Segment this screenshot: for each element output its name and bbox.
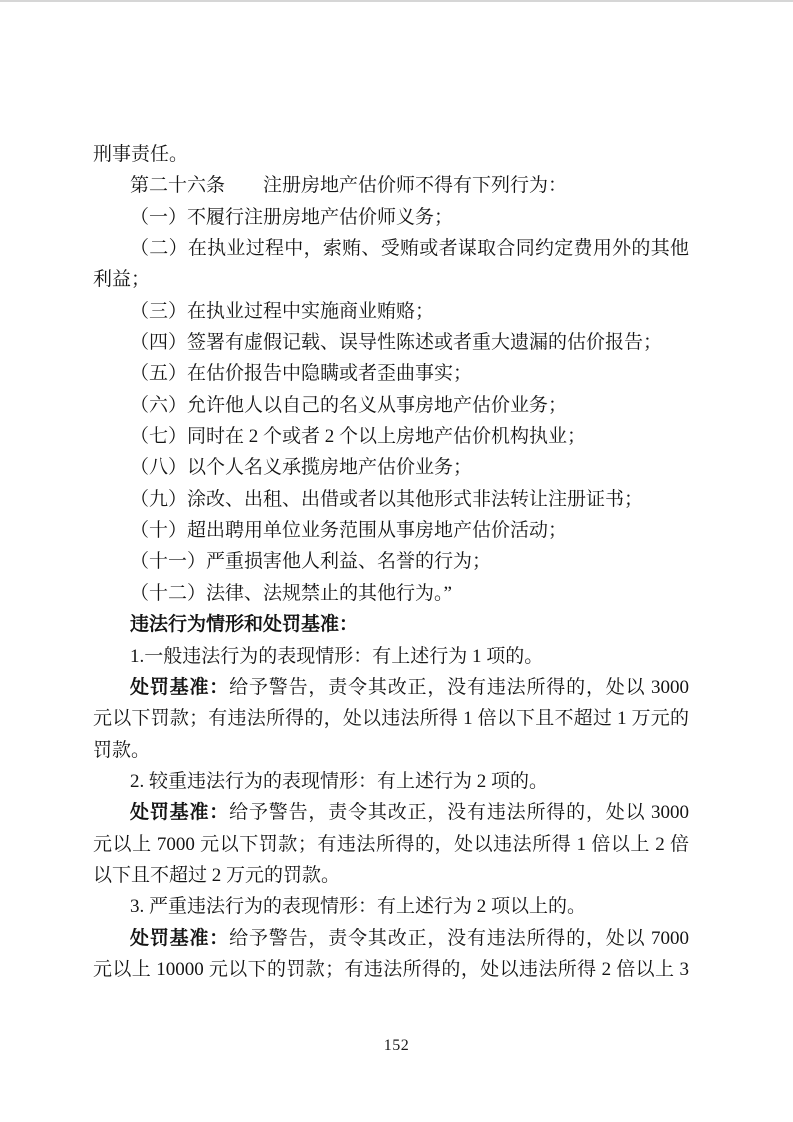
text-line: 元以下罚款；有违法所得的，处以违法所得 1 倍以下且不超过 1 万元的	[93, 703, 689, 734]
bold-text-run: 处罚基准：	[130, 677, 229, 698]
page-top-edge	[0, 0, 793, 2]
text-run: 3. 严重违法行为的表现情形：有上述行为 2 项以上的。	[130, 896, 586, 917]
document-page: { "page": { "background": "#ffffff", "te…	[0, 0, 793, 1122]
text-run: （一）不履行注册房地产估价师义务；	[130, 207, 453, 228]
text-run: （七）同时在 2 个或者 2 个以上房地产估价机构执业；	[130, 426, 586, 447]
text-run: （八）以个人名义承揽房地产估价业务；	[130, 457, 472, 478]
bold-text-run: 处罚基准：	[130, 928, 229, 949]
text-run: 给予警告，责令其改正，没有违法所得的，处以 7000	[229, 928, 689, 949]
text-line: （三）在执业过程中实施商业贿赂；	[93, 296, 689, 327]
text-run: （四）签署有虚假记载、误导性陈述或者重大遗漏的估价报告；	[130, 332, 662, 353]
text-line: （四）签署有虚假记载、误导性陈述或者重大遗漏的估价报告；	[93, 327, 689, 358]
text-run: （十）超出聘用单位业务范围从事房地产估价活动；	[130, 520, 567, 541]
page-number: 152	[0, 1036, 793, 1056]
text-line: （二）在执业过程中，索贿、受贿或者谋取合同约定费用外的其他	[93, 233, 689, 264]
text-run: （六）允许他人以自己的名义从事房地产估价业务；	[130, 395, 567, 416]
text-run: （三）在执业过程中实施商业贿赂；	[130, 301, 434, 322]
text-line: （一）不履行注册房地产估价师义务；	[93, 202, 689, 233]
text-run: 第二十六条 注册房地产估价师不得有下列行为：	[130, 175, 567, 196]
text-run: 元以下罚款；有违法所得的，处以违法所得 1 倍以下且不超过 1 万元的	[93, 708, 689, 729]
text-run: 给予警告，责令其改正，没有违法所得的，处以 3000	[229, 802, 689, 823]
text-line: 处罚基准：给予警告，责令其改正，没有违法所得的，处以 3000	[93, 672, 689, 703]
text-run: 刑事责任。	[93, 144, 188, 165]
text-line: 罚款。	[93, 735, 689, 766]
document-body: 刑事责任。第二十六条 注册房地产估价师不得有下列行为：（一）不履行注册房地产估价…	[93, 139, 689, 985]
text-line: 以下且不超过 2 万元的罚款。	[93, 860, 689, 891]
text-line: 3. 严重违法行为的表现情形：有上述行为 2 项以上的。	[93, 891, 689, 922]
bold-text-run: 违法行为情形和处罚基准：	[130, 614, 358, 635]
text-run: 以下且不超过 2 万元的罚款。	[93, 865, 340, 886]
text-line: 处罚基准：给予警告，责令其改正，没有违法所得的，处以 3000	[93, 797, 689, 828]
text-line: 刑事责任。	[93, 139, 689, 170]
text-line: 利益；	[93, 264, 689, 295]
text-line: （十二）法律、法规禁止的其他行为。”	[93, 578, 689, 609]
text-run: 元以上 7000 元以下罚款；有违法所得的，处以违法所得 1 倍以上 2 倍	[93, 834, 689, 855]
text-run: （九）涂改、出租、出借或者以其他形式非法转让注册证书；	[130, 489, 643, 510]
text-line: 元以上 7000 元以下罚款；有违法所得的，处以违法所得 1 倍以上 2 倍	[93, 829, 689, 860]
text-run: （二）在执业过程中，索贿、受贿或者谋取合同约定费用外的其他	[130, 238, 689, 259]
text-line: （六）允许他人以自己的名义从事房地产估价业务；	[93, 390, 689, 421]
text-line: （九）涂改、出租、出借或者以其他形式非法转让注册证书；	[93, 484, 689, 515]
text-line: 处罚基准：给予警告，责令其改正，没有违法所得的，处以 7000	[93, 923, 689, 954]
text-run: 2. 较重违法行为的表现情形：有上述行为 2 项的。	[130, 771, 548, 792]
text-line: 2. 较重违法行为的表现情形：有上述行为 2 项的。	[93, 766, 689, 797]
text-run: 利益；	[93, 269, 150, 290]
text-run: 1.一般违法行为的表现情形：有上述行为 1 项的。	[130, 646, 543, 667]
text-line: （五）在估价报告中隐瞒或者歪曲事实；	[93, 358, 689, 389]
text-run: （十一）严重损害他人利益、名誉的行为；	[130, 551, 491, 572]
text-line: 违法行为情形和处罚基准：	[93, 609, 689, 640]
text-line: 1.一般违法行为的表现情形：有上述行为 1 项的。	[93, 641, 689, 672]
text-line: （十）超出聘用单位业务范围从事房地产估价活动；	[93, 515, 689, 546]
text-run: （十二）法律、法规禁止的其他行为。”	[130, 583, 452, 604]
text-line: （八）以个人名义承揽房地产估价业务；	[93, 452, 689, 483]
bold-text-run: 处罚基准：	[130, 802, 229, 823]
text-run: 给予警告，责令其改正，没有违法所得的，处以 3000	[229, 677, 689, 698]
text-run: 罚款。	[93, 740, 150, 761]
text-run: （五）在估价报告中隐瞒或者歪曲事实；	[130, 363, 472, 384]
text-line: 元以上 10000 元以下的罚款；有违法所得的，处以违法所得 2 倍以上 3	[93, 954, 689, 985]
text-line: （十一）严重损害他人利益、名誉的行为；	[93, 546, 689, 577]
text-run: 元以上 10000 元以下的罚款；有违法所得的，处以违法所得 2 倍以上 3	[93, 959, 689, 980]
text-line: 第二十六条 注册房地产估价师不得有下列行为：	[93, 170, 689, 201]
text-line: （七）同时在 2 个或者 2 个以上房地产估价机构执业；	[93, 421, 689, 452]
